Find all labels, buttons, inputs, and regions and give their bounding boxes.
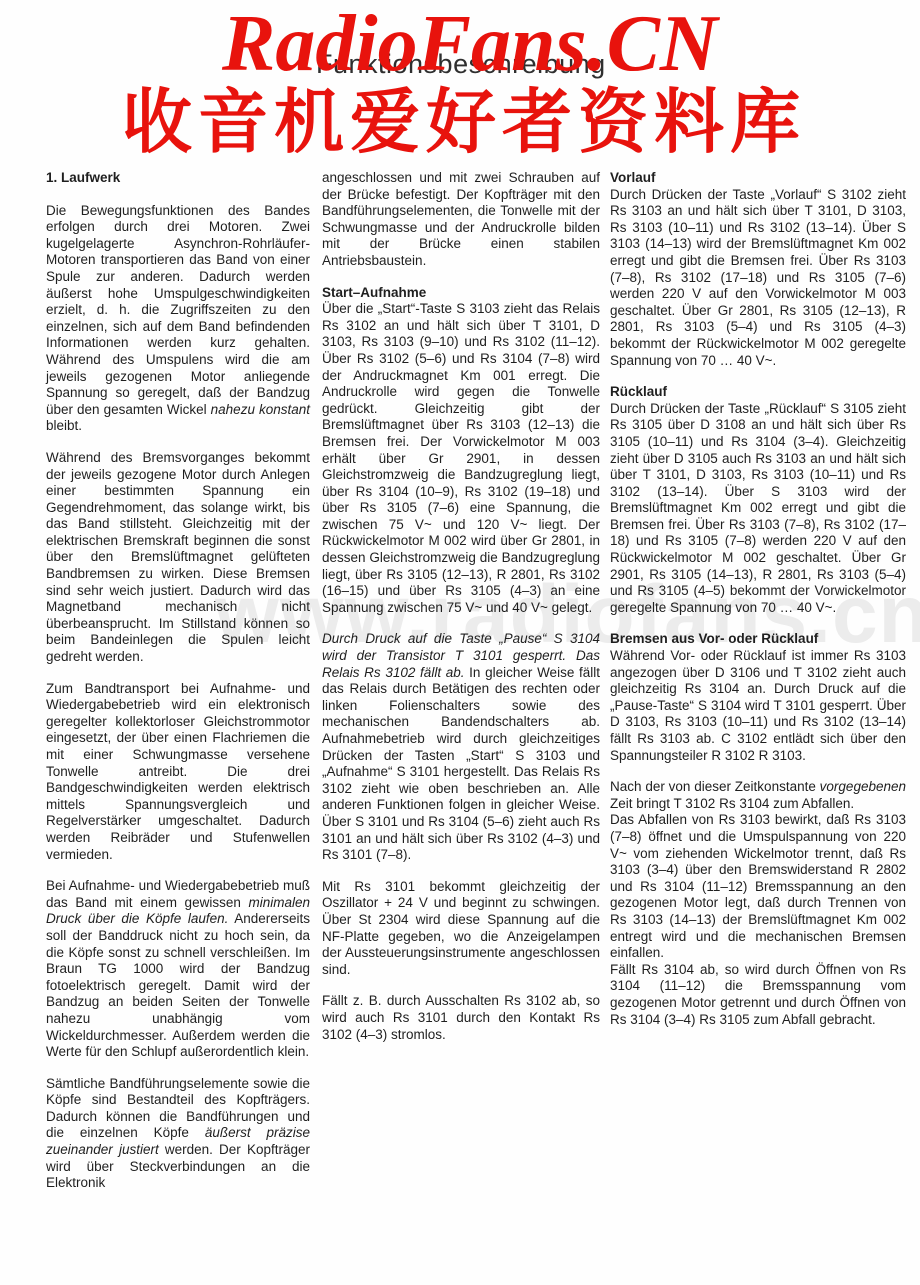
paragraph: angeschlossen und mit zwei Schrauben auf…: [322, 170, 600, 270]
body-text: Durch Drücken der Taste „Vorlauf“ S 3102…: [610, 187, 906, 368]
body-text: Zum Bandtransport bei Aufnahme- und Wied…: [46, 681, 310, 862]
body-text: angeschlossen und mit zwei Schrauben auf…: [322, 170, 600, 268]
section-heading: 1. Laufwerk: [46, 170, 310, 187]
body-text: In gleicher Weise fällt das Relais durch…: [322, 665, 600, 863]
paragraph: Mit Rs 3101 bekommt gleichzeitig der Osz…: [322, 879, 600, 979]
paragraph: Durch Druck auf die Taste „Pause“ S 3104…: [322, 631, 600, 863]
paragraph: Sämtliche Bandführungselemente sowie die…: [46, 1076, 310, 1192]
paragraph: Durch Drücken der Taste „Rücklauf“ S 310…: [610, 401, 906, 617]
paragraph: Durch Drücken der Taste „Vorlauf“ S 3102…: [610, 187, 906, 370]
body-text: Die Bewegungsfunktionen des Bandes erfol…: [46, 203, 310, 417]
section-heading: Rücklauf: [610, 384, 906, 401]
emphasized-text: nahezu konstant: [211, 402, 310, 417]
body-text: bleibt.: [46, 418, 82, 433]
paragraph: Nach der von dieser Zeitkonstante vorgeg…: [610, 779, 906, 1028]
section-heading: Start–Aufnahme: [322, 285, 600, 302]
body-text: Zeit bringt T 3102 Rs 3104 zum Abfallen.: [610, 796, 854, 811]
body-text: Das Abfallen von Rs 3103 bewirkt, daß Rs…: [610, 812, 906, 960]
paragraph: Während des Bremsvorganges bekommt der j…: [46, 450, 310, 666]
paragraph: Bei Aufnahme- und Wiedergabebetrieb muß …: [46, 878, 310, 1061]
paragraph: Die Bewegungsfunktionen des Bandes erfol…: [46, 203, 310, 435]
section-heading: Vorlauf: [610, 170, 906, 187]
body-text: Nach der von dieser Zeitkonstante: [610, 779, 820, 794]
section-heading: Bremsen aus Vor- oder Rücklauf: [610, 631, 906, 648]
body-text: Mit Rs 3101 bekommt gleichzeitig der Osz…: [322, 879, 600, 977]
text-column-right: VorlaufDurch Drücken der Taste „Vorlauf“…: [610, 170, 906, 1043]
paragraph: Fällt z. B. durch Ausschalten Rs 3102 ab…: [322, 993, 600, 1043]
paragraph: Zum Bandtransport bei Aufnahme- und Wied…: [46, 681, 310, 864]
emphasized-text: vorgegebenen: [820, 779, 906, 794]
paragraph: Über die „Start“-Taste S 3103 zieht das …: [322, 301, 600, 616]
body-text: Über die „Start“-Taste S 3103 zieht das …: [322, 301, 600, 615]
text-column-left: 1. LaufwerkDie Bewegungsfunktionen des B…: [46, 170, 310, 1207]
document-page: www.radiofans.cn Funktionsbeschreibung R…: [0, 0, 920, 1285]
body-text: Während Vor- oder Rücklauf ist immer Rs …: [610, 648, 906, 763]
chinese-watermark: 收音机爱好者资料库: [122, 86, 806, 160]
body-text: Andererseits soll der Banddruck nicht zu…: [46, 911, 310, 1059]
body-text: Fällt Rs 3104 ab, so wird durch Öffnen v…: [610, 962, 906, 1027]
body-text: Fällt z. B. durch Ausschalten Rs 3102 ab…: [322, 993, 600, 1041]
paragraph: Während Vor- oder Rücklauf ist immer Rs …: [610, 648, 906, 764]
body-text: Während des Bremsvorganges bekommt der j…: [46, 450, 310, 664]
text-column-middle: angeschlossen und mit zwei Schrauben auf…: [322, 170, 600, 1058]
radiofans-watermark: RadioFans.CN: [222, 4, 718, 84]
body-text: Durch Drücken der Taste „Rücklauf“ S 310…: [610, 401, 906, 615]
